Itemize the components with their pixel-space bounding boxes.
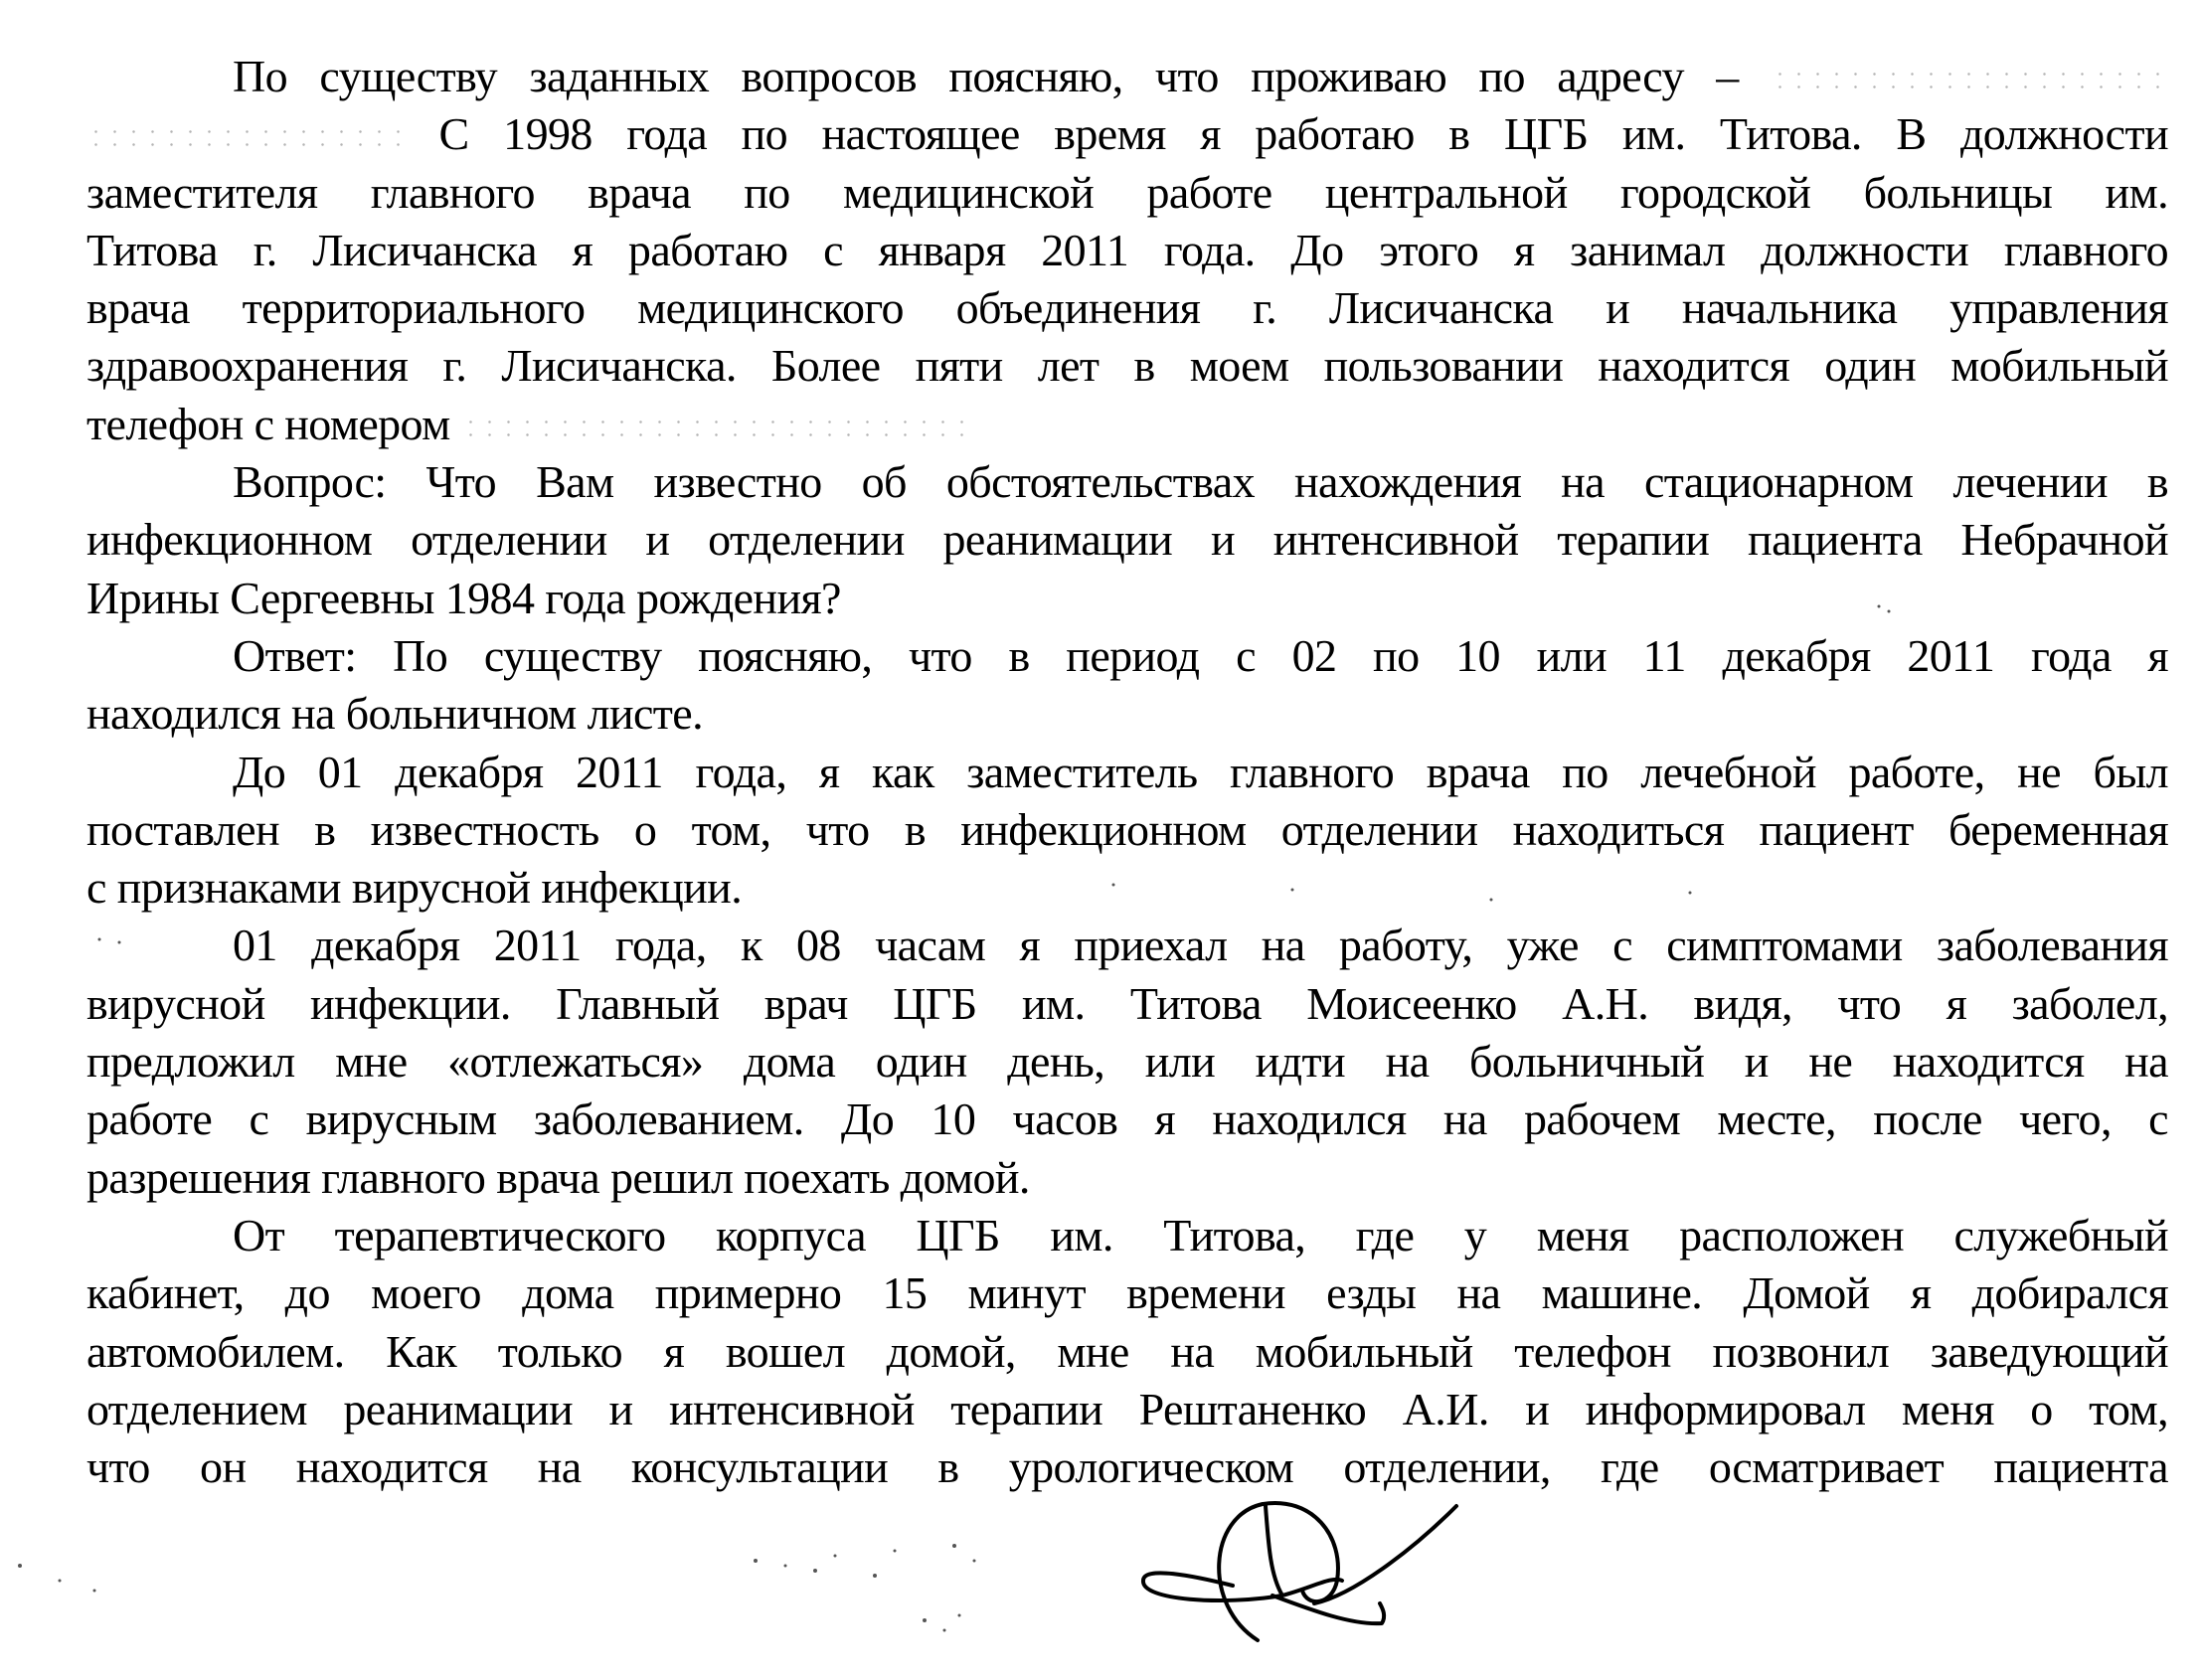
- line-text: С 1998 года по настоящее время я работаю…: [439, 108, 2168, 159]
- text-line: От терапевтического корпуса ЦГБ им. Тито…: [86, 1207, 2168, 1264]
- answer-line: Ответ: По существу поясняю, что в период…: [86, 627, 2168, 685]
- text-line: телефон с номером .: [86, 396, 2168, 453]
- text-line: кабинет, до моего дома примерно 15 минут…: [86, 1264, 2168, 1322]
- text-line: работе с вирусным заболеванием. До 10 ча…: [86, 1091, 2168, 1148]
- text-line: Ирины Сергеевны 1984 года рождения?: [86, 570, 2168, 627]
- text-line: Титова г. Лисичанска я работаю с января …: [86, 222, 2168, 279]
- text-line: заместителя главного врача по медицинско…: [86, 164, 2168, 222]
- text-line: . С 1998 года по настоящее время я работ…: [86, 105, 2168, 163]
- statement-body: По существу заданных вопросов поясняю, ч…: [86, 48, 2168, 1496]
- text-line: находился на больничном листе.: [86, 685, 2168, 743]
- signature-icon: [1084, 1496, 1561, 1655]
- text-line: разрешения главного врача решил поехать …: [86, 1149, 2168, 1207]
- text-line: автомобилем. Как только я вошел домой, м…: [86, 1323, 2168, 1381]
- address-redacted: .: [1771, 48, 2168, 105]
- text-line: До 01 декабря 2011 года, я как заместите…: [86, 744, 2168, 801]
- text-line: вирусной инфекции. Главный врач ЦГБ им. …: [86, 975, 2168, 1033]
- text-line: отделением реанимации и интенсивной тера…: [86, 1381, 2168, 1438]
- text-line: с признаками вирусной инфекции.: [86, 859, 2168, 917]
- text-line: здравоохранения г. Лисичанска. Более пят…: [86, 337, 2168, 395]
- text-line: поставлен в известность о том, что в инф…: [86, 801, 2168, 859]
- question-line: Вопрос: Что Вам известно об обстоятельст…: [86, 453, 2168, 511]
- scanned-document-page: По существу заданных вопросов поясняю, ч…: [0, 0, 2201, 1680]
- phone-redacted: .: [461, 396, 978, 453]
- text-line: предложил мне «отлежаться» дома один ден…: [86, 1033, 2168, 1091]
- line-text: По существу заданных вопросов поясняю, ч…: [233, 51, 1739, 101]
- line-text: телефон с номером: [86, 399, 450, 449]
- text-line: По существу заданных вопросов поясняю, ч…: [86, 48, 2168, 105]
- text-line: инфекционном отделении и отделении реани…: [86, 511, 2168, 569]
- text-line: врача территориального медицинского объе…: [86, 279, 2168, 337]
- text-line: 01 декабря 2011 года, к 08 часам я приех…: [86, 917, 2168, 974]
- text-line: что он находится на консультации в уроло…: [86, 1438, 2168, 1496]
- address-redacted: .: [86, 105, 405, 163]
